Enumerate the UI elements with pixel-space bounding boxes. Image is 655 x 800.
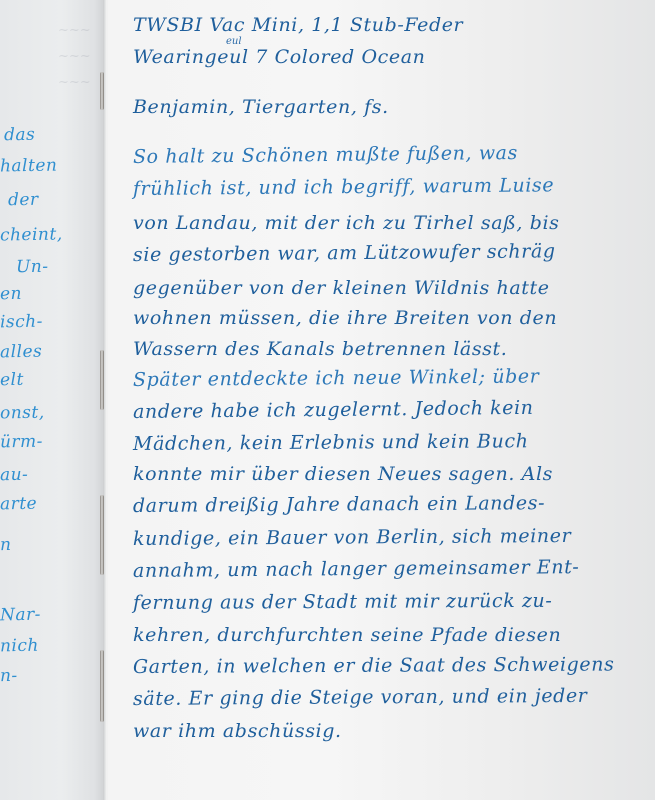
header-pen-line: TWSBI Vac Mini, 1,1 Stub-Feder — [133, 14, 463, 36]
left-page-line: elt — [0, 370, 24, 390]
source-citation: Benjamin, Tiergarten, fs. — [133, 96, 389, 118]
left-page-line: n — [0, 535, 12, 555]
body-line: So halt zu Schönen mußte fußen, was — [133, 142, 518, 168]
right-notebook-page: TWSBI Vac Mini, 1,1 Stub-Feder eul Weari… — [108, 0, 655, 800]
body-line: Später entdeckte ich neue Winkel; über — [133, 365, 540, 391]
staple — [100, 72, 104, 110]
body-line: Mädchen, kein Erlebnis und kein Buch — [133, 430, 529, 455]
body-line: Garten, in welchen er die Saat des Schwe… — [133, 653, 615, 678]
show-through-text: ~~~~~~~~~ — [58, 18, 103, 96]
body-line: gegenüber von der kleinen Wildnis hatte — [133, 277, 550, 299]
header-ink-line: Wearingeul 7 Colored Ocean — [133, 46, 425, 68]
left-page-line: n- — [0, 666, 18, 686]
left-page-line: nich — [0, 636, 39, 657]
body-line: darum dreißig Jahre danach ein Landes- — [133, 492, 545, 517]
body-line: sie gestorben war, am Lützowufer schräg — [133, 240, 556, 266]
left-page-line: Nar- — [0, 605, 41, 626]
left-page-line: en — [0, 284, 22, 304]
left-page-line: ürm- — [0, 432, 43, 453]
body-line: säte. Er ging die Steige voran, und ein … — [133, 685, 588, 710]
left-page-line: halten — [0, 156, 58, 177]
left-page-line: Un- — [16, 257, 49, 278]
left-page-line: alles — [0, 342, 42, 363]
left-page-line: arte — [0, 494, 37, 515]
left-page-line: cheint, — [0, 224, 63, 245]
body-line: kehren, durchfurchten seine Pfade diesen — [133, 624, 561, 646]
body-line: Wassern des Kanals betrennen lässt. — [133, 338, 507, 360]
left-page-line: isch- — [0, 312, 43, 333]
body-line: war ihm abschüssig. — [133, 720, 342, 742]
body-line: annahm, um nach langer gemeinsamer Ent- — [133, 556, 580, 582]
left-page-line: das — [4, 125, 36, 146]
body-line: andere habe ich zugelernt. Jedoch kein — [133, 397, 534, 423]
body-line: wohnen müssen, die ihre Breiten von den — [133, 307, 557, 329]
body-line: von Landau, mit der ich zu Tirhel saß, b… — [133, 212, 559, 234]
left-page-line: onst, — [0, 403, 45, 424]
staple — [100, 350, 104, 410]
left-page-line: der — [8, 190, 39, 211]
left-page-line: au- — [0, 465, 29, 485]
body-line: kundige, ein Bauer von Berlin, sich mein… — [133, 525, 571, 550]
staple — [100, 650, 104, 722]
left-notebook-page: ~~~~~~~~~ das halten der cheint, Un- en … — [0, 0, 103, 800]
body-line: fernung aus der Stadt mit mir zurück zu- — [133, 590, 553, 614]
body-line: konnte mir über diesen Neues sagen. Als — [133, 463, 553, 485]
staple — [100, 495, 104, 575]
body-line: frühlich ist, und ich begriff, warum Lui… — [133, 174, 554, 200]
